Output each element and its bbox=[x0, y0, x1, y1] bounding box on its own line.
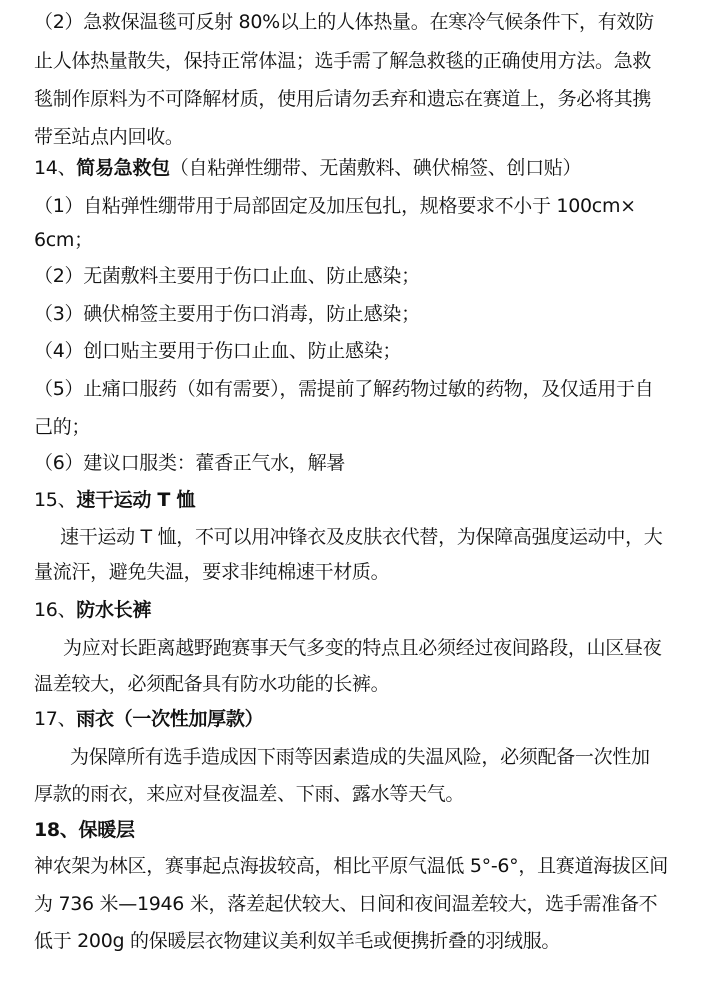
paragraph-line: （2）急救保温毯可反射 80%以上的人体热量。在寒冷气候条件下，有效防 bbox=[34, 10, 654, 34]
list-item: （2）无菌敷料主要用于伤口止血、防止感染； bbox=[34, 264, 420, 288]
paragraph-line: 速干运动 T 恤，不可以用冲锋衣及皮肤衣代替，为保障高强度运动中，大 bbox=[60, 525, 663, 549]
section-heading-18: 18、保暖层 bbox=[34, 818, 135, 842]
paragraph-line: 止人体热量散失，保持正常体温；选手需了解急救毯的正确使用方法。急救 bbox=[34, 49, 651, 73]
section-title: 简易急救包 bbox=[76, 157, 170, 179]
list-item-continued: 6cm； bbox=[34, 228, 93, 252]
section-title: 防水长裤 bbox=[76, 599, 151, 621]
section-title: 速干运动 T 恤 bbox=[76, 489, 195, 511]
section-heading-16: 16、防水长裤 bbox=[34, 598, 151, 622]
section-heading-17: 17、雨衣（一次性加厚款） bbox=[34, 707, 263, 731]
paragraph-line: 神农架为林区，赛事起点海拔较高，相比平原气温低 5°-6°，且赛道海拔区间 bbox=[34, 854, 668, 878]
paragraph-line: 厚款的雨衣，来应对昼夜温差、下雨、露水等天气。 bbox=[34, 782, 464, 806]
paragraph-line: 带至站点内回收。 bbox=[34, 125, 184, 149]
list-item: （3）碘伏棉签主要用于伤口消毒，防止感染； bbox=[34, 302, 420, 326]
paragraph-line: 为保障所有选手造成因下雨等因素造成的失温风险，必须配备一次性加 bbox=[70, 745, 650, 769]
section-number: 14、 bbox=[34, 157, 76, 179]
section-number: 16、 bbox=[34, 599, 76, 621]
paragraph-line: 低于 200g 的保暖层衣物建议美利奴羊毛或便携折叠的羽绒服。 bbox=[34, 929, 560, 953]
list-item: （6）建议口服类：藿香正气水，解暑 bbox=[34, 451, 345, 475]
section-heading-15: 15、速干运动 T 恤 bbox=[34, 488, 195, 512]
section-number: 17、 bbox=[34, 708, 76, 730]
list-item: （4）创口贴主要用于伤口止血、防止感染； bbox=[34, 339, 401, 363]
section-heading-14: 14、简易急救包（自粘弹性绷带、无菌敷料、碘伏棉签、创口贴） bbox=[34, 156, 581, 180]
paragraph-line: 温差较大，必须配备具有防水功能的长裤。 bbox=[34, 672, 389, 696]
paragraph-line: 量流汗，避免失温，要求非纯棉速干材质。 bbox=[34, 560, 389, 584]
section-note: （自粘弹性绷带、无菌敷料、碘伏棉签、创口贴） bbox=[170, 157, 581, 179]
section-title: 雨衣（一次性加厚款） bbox=[76, 708, 263, 730]
list-item-continued: 己的； bbox=[34, 415, 90, 439]
section-number: 15、 bbox=[34, 489, 76, 511]
paragraph-line: 毯制作原料为不可降解材质，使用后请勿丢弃和遗忘在赛道上，务必将其携 bbox=[34, 87, 651, 111]
paragraph-line: 为 736 米—1946 米，落差起伏较大、日间和夜间温差较大，选手需准备不 bbox=[34, 892, 657, 916]
list-item: （5）止痛口服药（如有需要），需提前了解药物过敏的药物，及仅适用于自 bbox=[34, 377, 653, 401]
list-item: （1）自粘弹性绷带用于局部固定及加压包扎，规格要求不小于 100cm× bbox=[34, 194, 636, 218]
paragraph-line: 为应对长距离越野跑赛事天气多变的特点且必须经过夜间路段，山区昼夜 bbox=[63, 636, 661, 660]
